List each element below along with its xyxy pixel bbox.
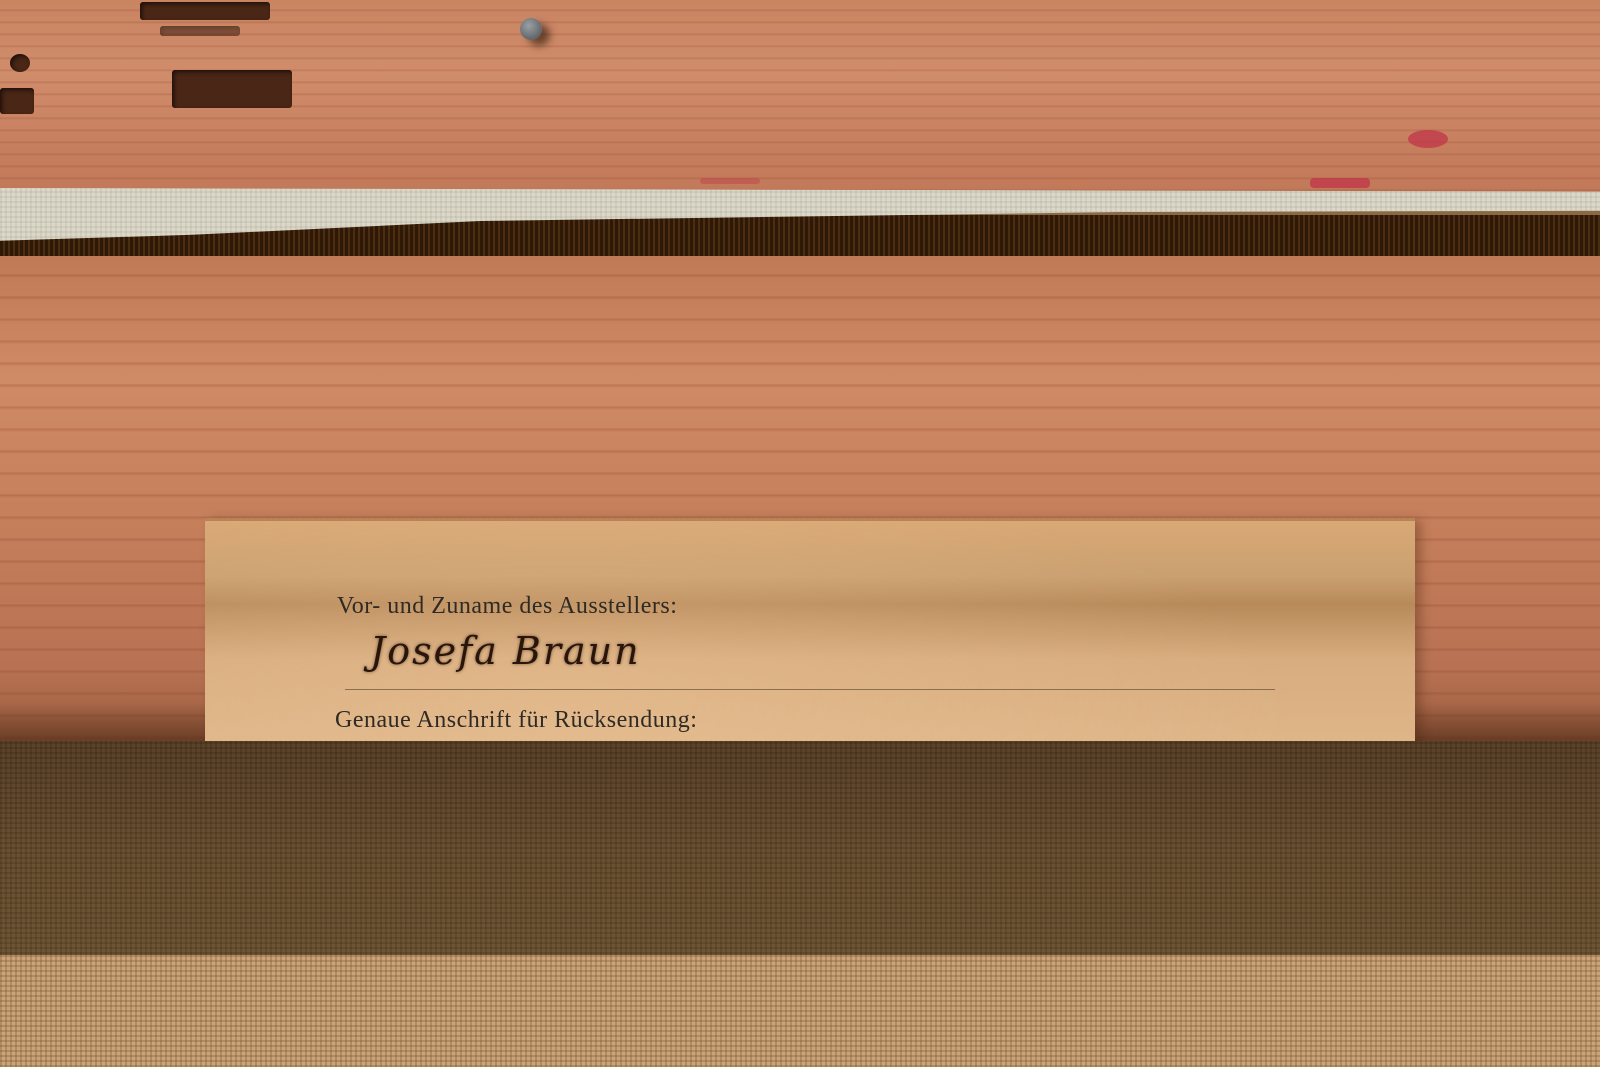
worm-hole (140, 2, 270, 20)
worm-hole (172, 70, 292, 108)
worm-hole (10, 54, 30, 72)
label-caption-return-address: Genaue Anschrift für Rücksendung: (335, 707, 697, 734)
nail-head (520, 18, 542, 40)
red-paint-stain (1408, 130, 1448, 148)
label-caption-exhibitor-name: Vor- und Zuname des Ausstellers: (337, 593, 677, 620)
worm-hole (0, 88, 34, 114)
canvas-back-shadowed (0, 741, 1600, 959)
red-paint-stain (1310, 178, 1370, 188)
lower-stretcher-bar: Vor- und Zuname des Ausstellers: Josefa … (0, 256, 1600, 741)
red-paint-stain (700, 178, 760, 184)
worm-hole (160, 26, 240, 36)
form-line (345, 689, 1275, 690)
upper-stretcher-bar (0, 0, 1600, 205)
handwritten-exhibitor-name: Josefa Braun (370, 629, 641, 673)
canvas-back-sunlit (0, 955, 1600, 1067)
